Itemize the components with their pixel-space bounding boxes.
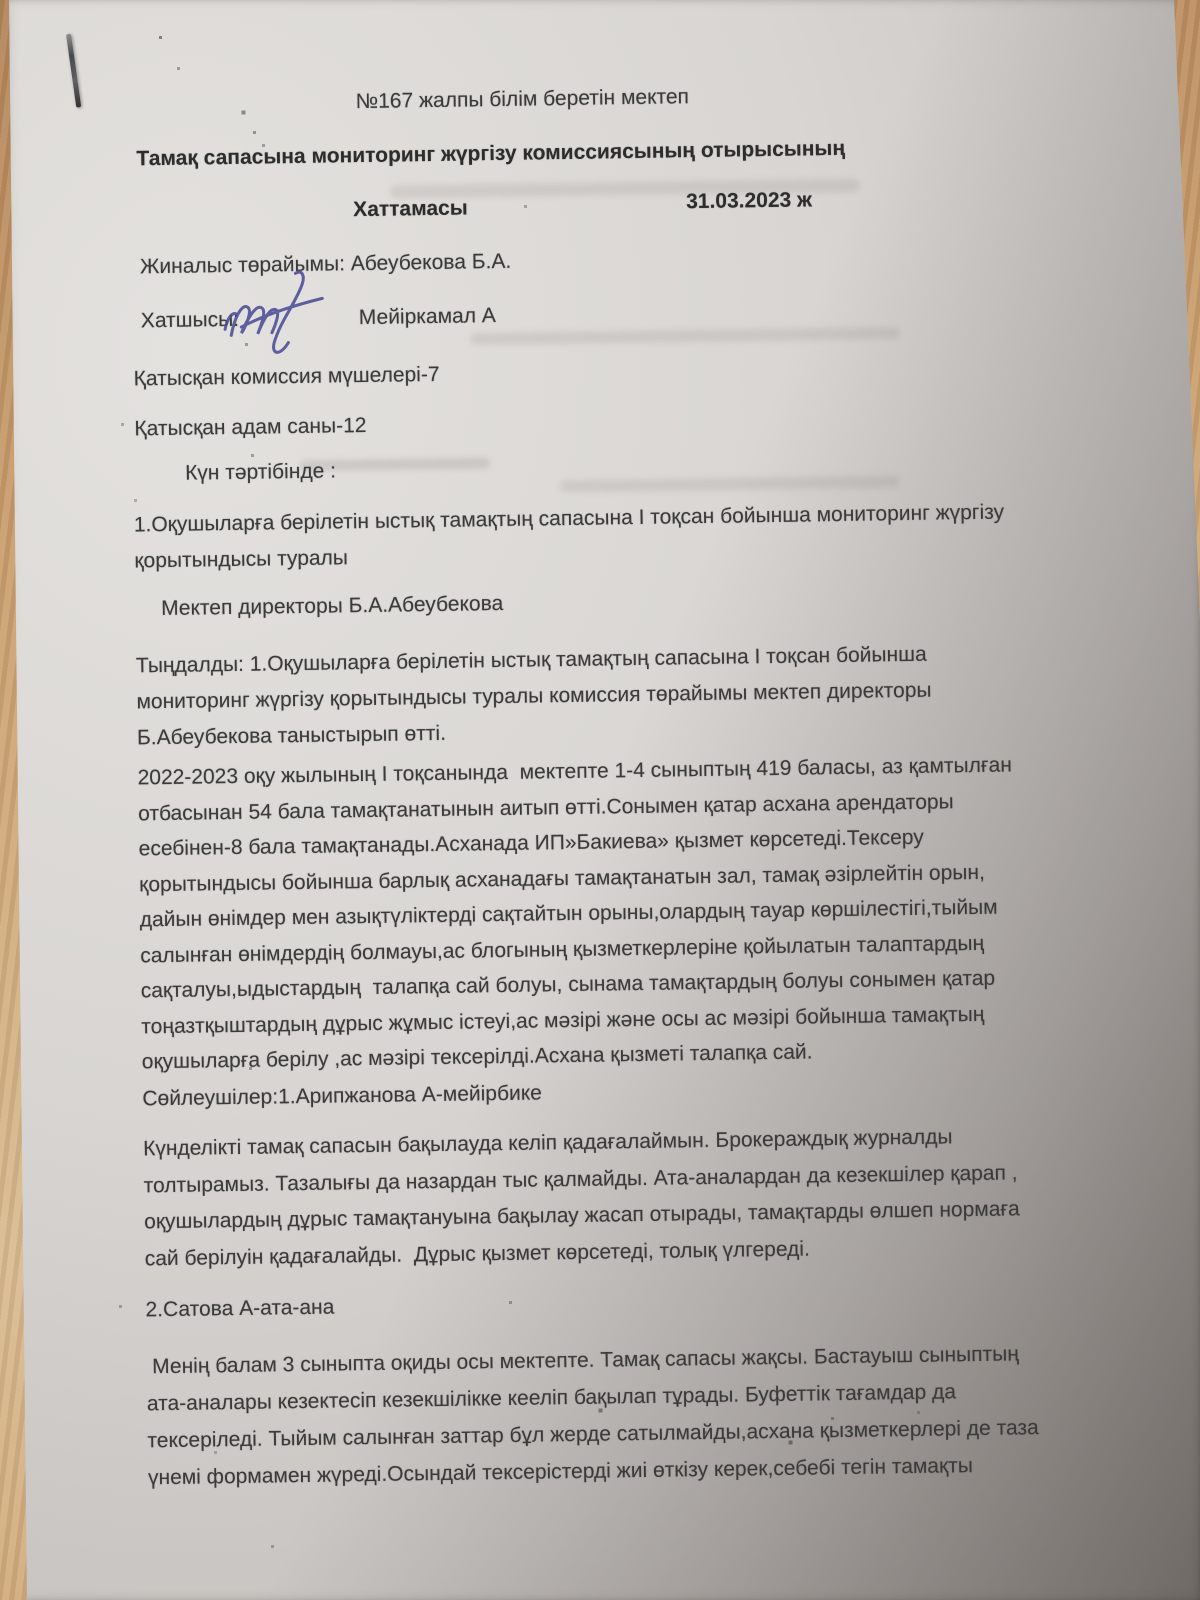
paper-sheet: №167 жалпы білім беретін мектеп Тамақ са… — [0, 0, 1200, 1600]
photographed-document-page: №167 жалпы білім беретін мектеп Тамақ са… — [0, 0, 1200, 1600]
speaker2-paragraph: Менің балам 3 сыныпта оқиды осы мектепте… — [146, 1335, 1039, 1496]
secretary-name: Мейіркамал А — [359, 304, 496, 330]
agenda-heading: Күн тәртібінде : — [185, 459, 336, 485]
dust-specks — [0, 0, 1, 1]
speaker1-paragraph: Күнделікті тамақ сапасын бақылауда келіп… — [143, 1118, 1021, 1277]
document-content: №167 жалпы білім беретін мектеп Тамақ са… — [126, 0, 1160, 1600]
monitoring-report-paragraph: 2022-2023 оқу жылының I тоқсанында мекте… — [137, 747, 1016, 1079]
agenda-item-1: 1.Оқушыларға берілетін ыстық тамақтың са… — [134, 495, 1005, 580]
director-line: Мектеп директоры Б.А.Абеубекова — [161, 592, 503, 621]
heard-paragraph: Тыңдалды: 1.Оқушыларға берілетін ыстық т… — [136, 637, 933, 757]
protocol-label: Хаттамасы — [353, 196, 468, 222]
school-name-line: №167 жалпы білім беретін мектеп — [355, 85, 689, 114]
protocol-date: 31.03.2023 ж — [686, 188, 812, 214]
speaker2-heading: 2.Сатова А-ата-ана — [145, 1296, 334, 1323]
commission-members-line: Қатысқан комиссия мүшелері-7 — [134, 363, 440, 392]
attendees-count-line: Қатысқан адам саны-12 — [134, 414, 366, 441]
document-title: Тамақ сапасына мониторинг жүргізу комисс… — [136, 137, 845, 172]
secretary-signature — [216, 266, 339, 360]
speakers-heading: Сөйлеушілер:1.Арипжанова А-мейірбике — [142, 1081, 542, 1111]
